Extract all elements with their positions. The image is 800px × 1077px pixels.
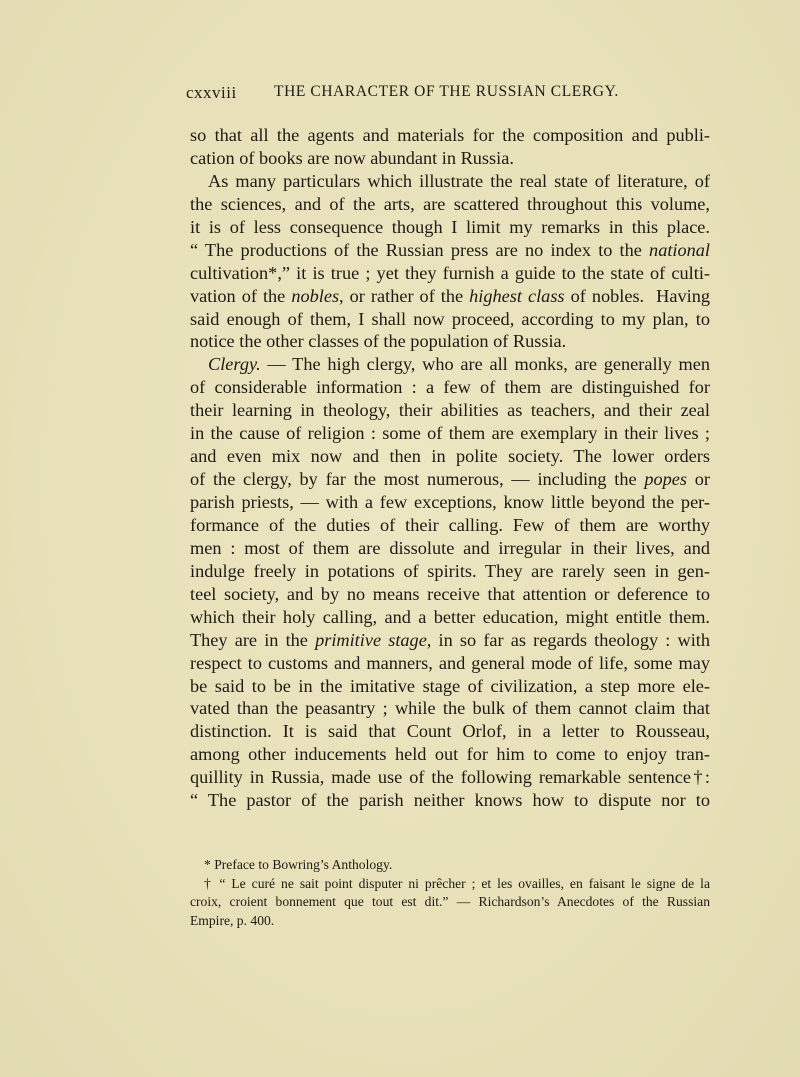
text-line: vated than the peasantry ; while the bul…	[190, 697, 710, 720]
text-line: “ The productions of the Russian press a…	[190, 239, 710, 262]
text-line: vation of the nobles, or rather of the h…	[190, 285, 710, 308]
line-text: They are in the	[190, 630, 315, 650]
footnote-text: † “ Le curé ne sait point disputer ni pr…	[204, 876, 710, 891]
text-line: teel society, and by no means receive th…	[190, 583, 710, 606]
line-text: among other inducements held out for him…	[190, 744, 710, 764]
italic-text: highest class	[469, 286, 564, 306]
line-text: vated than the peasantry ; while the bul…	[190, 698, 710, 718]
italic-text: primitive stage,	[315, 630, 431, 650]
line-text: notice the other classes of the populati…	[190, 331, 566, 351]
line-text: of the clergy, by far the most numerous,…	[190, 469, 644, 489]
page-number: cxxviii	[186, 83, 237, 103]
text-line: They are in the primitive stage, in so f…	[190, 629, 710, 652]
text-line: which their holy calling, and a better e…	[190, 606, 710, 629]
line-text: so that all the agents and materials for…	[190, 125, 710, 145]
line-text: of nobles. Having	[565, 286, 710, 306]
footnote-text: croix, croient bonnement que tout est di…	[190, 894, 710, 909]
text-line: As many particulars which illustrate the…	[190, 170, 710, 193]
line-text: cultivation*,” it is true ; yet they fur…	[190, 263, 710, 283]
line-text: — The high clergy, who are all monks, ar…	[261, 354, 710, 374]
footnote-text: * Preface to Bowring’s Anthology.	[204, 857, 392, 872]
line-text: in the cause of religion : some of them …	[190, 423, 710, 443]
text-line: quillity in Russia, made use of the foll…	[190, 766, 710, 789]
line-text: it is of less consequence though I limit…	[190, 217, 710, 237]
footnote-line: † “ Le curé ne sait point disputer ni pr…	[190, 875, 710, 894]
text-line: among other inducements held out for him…	[190, 743, 710, 766]
text-line: of considerable information : a few of t…	[190, 376, 710, 399]
line-text: “ The pastor of the parish neither knows…	[190, 790, 710, 810]
line-text: teel society, and by no means receive th…	[190, 584, 710, 604]
text-line: the sciences, and of the arts, are scatt…	[190, 193, 710, 216]
italic-text: popes	[644, 469, 687, 489]
line-text: cation of books are now abundant in Russ…	[190, 148, 514, 168]
text-line: men : most of them are dissolute and irr…	[190, 537, 710, 560]
text-line: their learning in theology, their abilit…	[190, 399, 710, 422]
line-text: men : most of them are dissolute and irr…	[190, 538, 710, 558]
text-line: Clergy. — The high clergy, who are all m…	[190, 353, 710, 376]
line-text: be said to be in the imitative stage of …	[190, 676, 710, 696]
text-line: respect to customs and manners, and gene…	[190, 652, 710, 675]
line-text: in so far as regards theology : with	[431, 630, 710, 650]
line-text: vation of the	[190, 286, 291, 306]
line-text: respect to customs and manners, and gene…	[190, 653, 710, 673]
line-text: said enough of them, I shall now proceed…	[190, 309, 710, 329]
line-text: which their holy calling, and a better e…	[190, 607, 710, 627]
line-text: parish priests, — with a few exceptions,…	[190, 492, 710, 512]
line-text: distinction. It is said that Count Orlof…	[190, 721, 710, 741]
running-title: THE CHARACTER OF THE RUSSIAN CLERGY.	[274, 83, 619, 101]
footnote-text: Empire, p. 400.	[190, 913, 274, 928]
line-text: As many particulars which illustrate the…	[208, 171, 710, 191]
line-text: and even mix now and then in polite soci…	[190, 446, 710, 466]
footnote-line: * Preface to Bowring’s Anthology.	[190, 856, 710, 875]
text-line: cation of books are now abundant in Russ…	[190, 147, 710, 170]
footnotes: * Preface to Bowring’s Anthology.† “ Le …	[190, 856, 710, 930]
text-line: of the clergy, by far the most numerous,…	[190, 468, 710, 491]
line-text: “ The productions of the Russian press a…	[190, 240, 649, 260]
text-line: and even mix now and then in polite soci…	[190, 445, 710, 468]
text-line: formance of the duties of their calling.…	[190, 514, 710, 537]
italic-text: nobles,	[291, 286, 343, 306]
italic-text: national	[649, 240, 710, 260]
body-text: so that all the agents and materials for…	[190, 124, 710, 812]
text-line: distinction. It is said that Count Orlof…	[190, 720, 710, 743]
line-text: or rather of the	[344, 286, 470, 306]
line-text: formance of the duties of their calling.…	[190, 515, 710, 535]
footnote-line: croix, croient bonnement que tout est di…	[190, 893, 710, 912]
footnote-line: Empire, p. 400.	[190, 912, 710, 931]
text-line: parish priests, — with a few exceptions,…	[190, 491, 710, 514]
line-text: the sciences, and of the arts, are scatt…	[190, 194, 710, 214]
line-text: or	[687, 469, 710, 489]
text-line: cultivation*,” it is true ; yet they fur…	[190, 262, 710, 285]
line-text: indulge freely in potations of spirits. …	[190, 561, 710, 581]
text-line: indulge freely in potations of spirits. …	[190, 560, 710, 583]
italic-text: Clergy.	[208, 354, 261, 374]
line-text: their learning in theology, their abilit…	[190, 400, 710, 420]
book-page: cxxviii THE CHARACTER OF THE RUSSIAN CLE…	[0, 0, 800, 1077]
text-line: notice the other classes of the populati…	[190, 330, 710, 353]
line-text: of considerable information : a few of t…	[190, 377, 710, 397]
text-line: it is of less consequence though I limit…	[190, 216, 710, 239]
line-text: quillity in Russia, made use of the foll…	[190, 767, 710, 787]
text-line: “ The pastor of the parish neither knows…	[190, 789, 710, 812]
running-head: cxxviii THE CHARACTER OF THE RUSSIAN CLE…	[186, 83, 706, 105]
text-line: so that all the agents and materials for…	[190, 124, 710, 147]
text-line: in the cause of religion : some of them …	[190, 422, 710, 445]
text-line: said enough of them, I shall now proceed…	[190, 308, 710, 331]
text-line: be said to be in the imitative stage of …	[190, 675, 710, 698]
